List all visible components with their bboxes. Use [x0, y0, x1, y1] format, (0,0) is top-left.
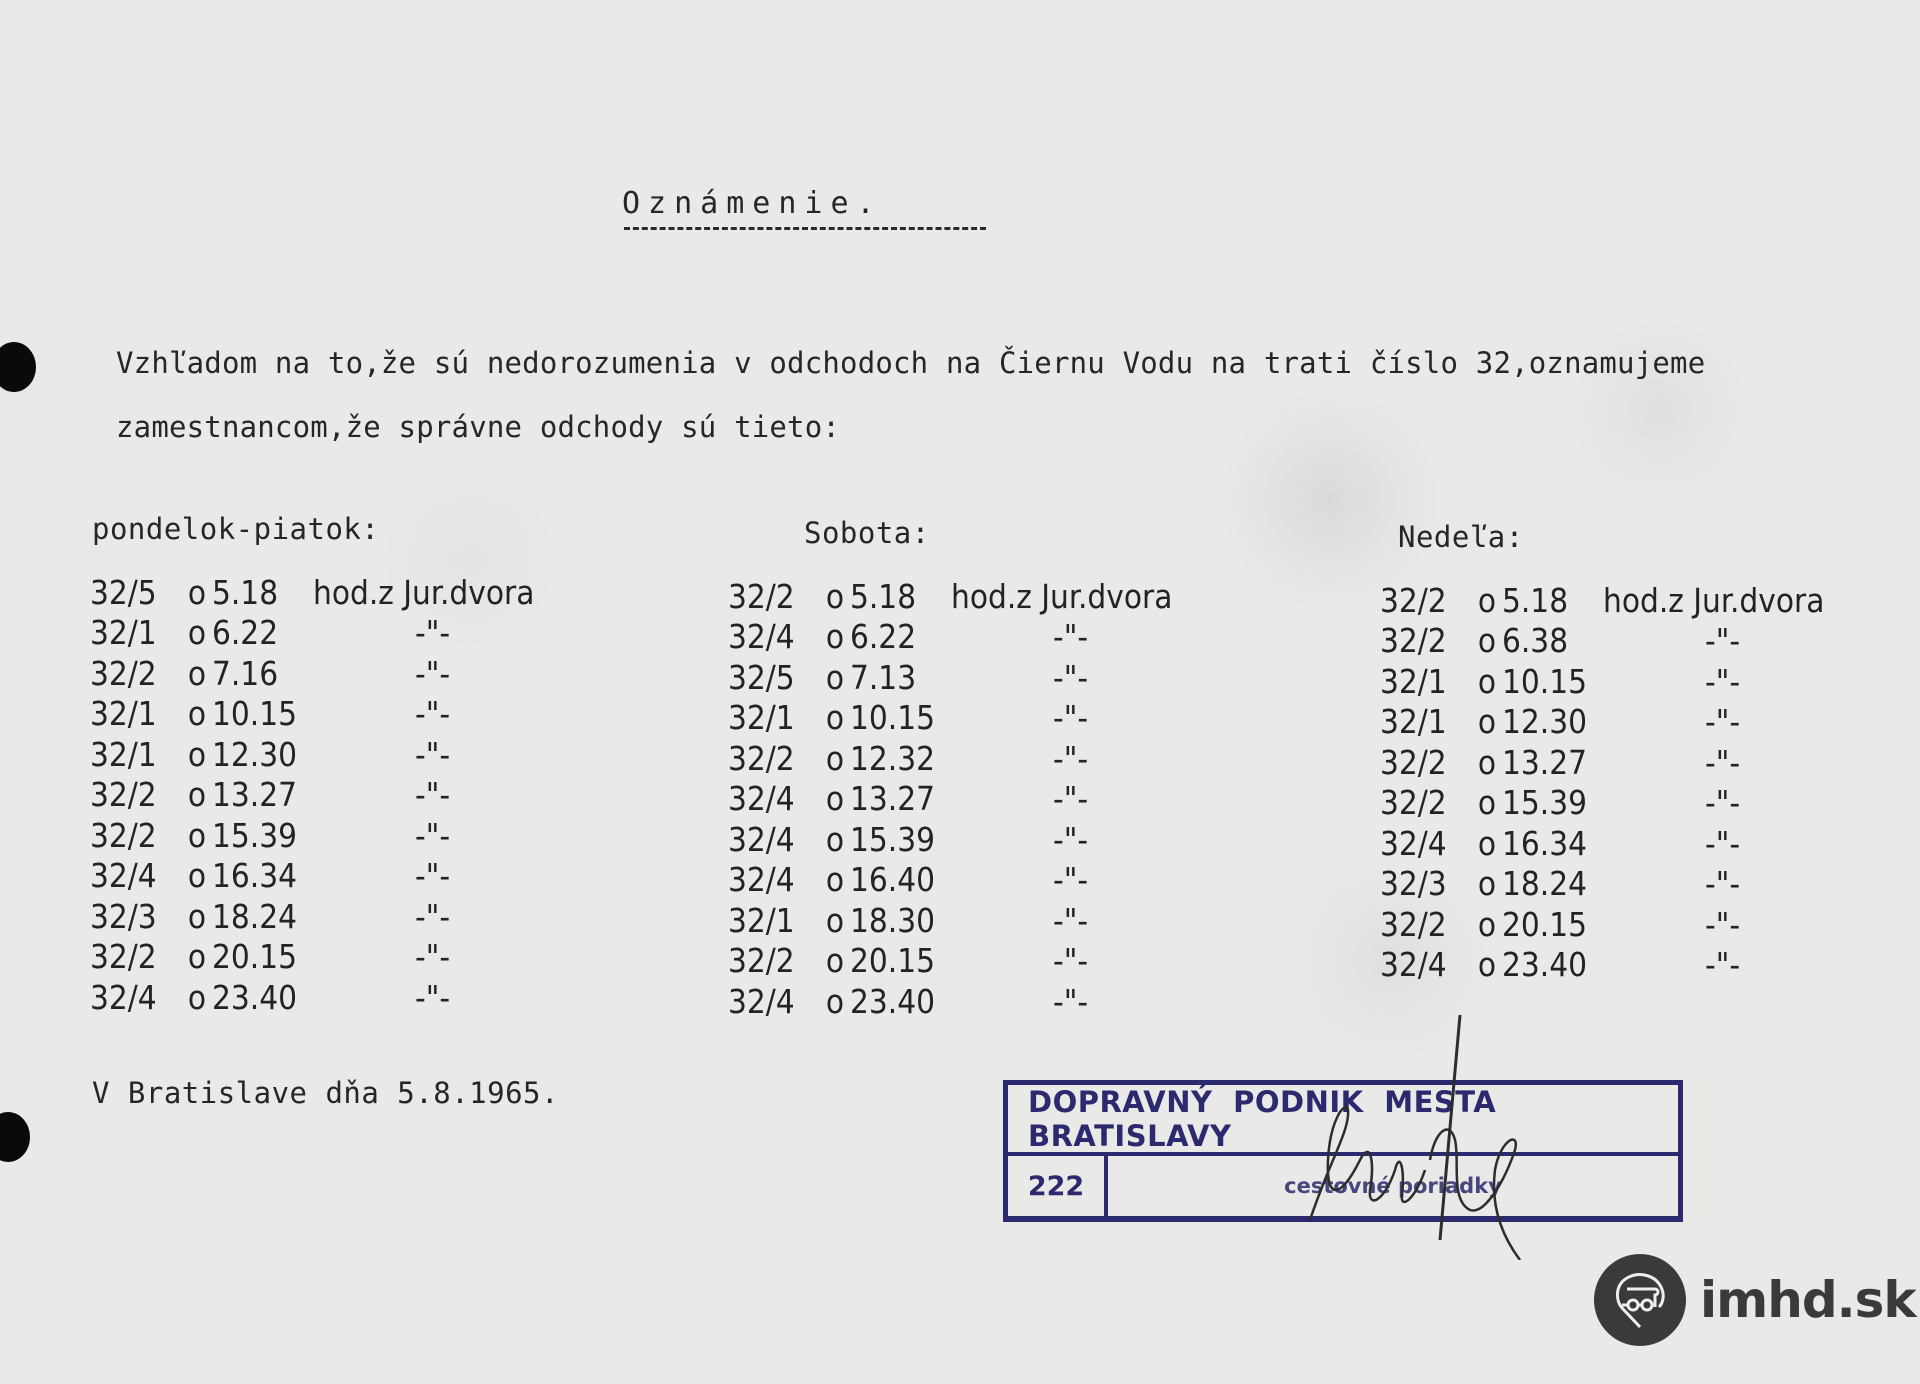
ditto-mark: -"-: [945, 617, 1088, 656]
origin-stop: hod.z Jur.dvora: [945, 577, 1172, 616]
separator-o: o: [1472, 905, 1502, 944]
separator-o: o: [820, 658, 850, 697]
separator-o: o: [820, 941, 850, 980]
route-number: 32/4: [728, 820, 820, 859]
schedule-row: 32/3o18.24-"-: [1380, 864, 1824, 905]
ditto-mark: -"-: [945, 779, 1088, 818]
separator-o: o: [820, 698, 850, 737]
departure-time: 18.24: [1502, 864, 1597, 903]
departure-time: 20.15: [212, 937, 307, 976]
schedule-row: 32/2o20.15-"-: [728, 941, 1172, 982]
separator-o: o: [820, 779, 850, 818]
schedule-row: 32/5o5.18hod.z Jur.dvora: [90, 572, 534, 613]
intro-paragraph-line-1: Vzhľadom na to,že sú nedorozumenia v odc…: [116, 346, 1705, 380]
departure-time: 10.15: [212, 694, 307, 733]
separator-o: o: [1472, 783, 1502, 822]
route-number: 32/5: [728, 658, 820, 697]
route-number: 32/5: [90, 573, 182, 612]
schedule-row: 32/2o20.15-"-: [90, 937, 534, 978]
departure-time: 16.40: [850, 860, 945, 899]
separator-o: o: [1472, 824, 1502, 863]
route-number: 32/2: [728, 577, 820, 616]
ditto-mark: -"-: [307, 897, 450, 936]
imhd-logo: imhd.sk: [1594, 1254, 1916, 1346]
ditto-mark: -"-: [1597, 783, 1740, 822]
departure-time: 5.18: [850, 577, 945, 616]
departure-time: 12.32: [850, 739, 945, 778]
schedule-row: 32/4o23.40-"-: [90, 977, 534, 1018]
ditto-mark: -"-: [1597, 702, 1740, 741]
map-pin-bus-icon: [1594, 1254, 1686, 1346]
separator-o: o: [1472, 945, 1502, 984]
schedule-row: 32/4o16.34-"-: [1380, 823, 1824, 864]
route-number: 32/2: [728, 739, 820, 778]
ditto-mark: -"-: [1597, 621, 1740, 660]
route-number: 32/1: [90, 735, 182, 774]
schedule-row: 32/2o5.18hod.z Jur.dvora: [728, 576, 1172, 617]
route-number: 32/4: [1380, 824, 1472, 863]
departure-time: 10.15: [850, 698, 945, 737]
schedule-row: 32/4o15.39-"-: [728, 819, 1172, 860]
schedule-sunday: 32/2o5.18hod.z Jur.dvora32/2o6.38-"-32/1…: [1380, 580, 1824, 985]
departure-time: 6.22: [850, 617, 945, 656]
ditto-mark: -"-: [307, 613, 450, 652]
separator-o: o: [182, 775, 212, 814]
schedule-row: 32/1o10.15-"-: [90, 694, 534, 735]
schedule-row: 32/5o7.13-"-: [728, 657, 1172, 698]
departure-time: 23.40: [212, 978, 307, 1017]
ditto-mark: -"-: [307, 978, 450, 1017]
ditto-mark: -"-: [945, 698, 1088, 737]
departure-time: 15.39: [212, 816, 307, 855]
departure-time: 5.18: [1502, 581, 1597, 620]
departure-time: 16.34: [1502, 824, 1597, 863]
schedule-row: 32/4o16.40-"-: [728, 860, 1172, 901]
schedule-row: 32/1o12.30-"-: [1380, 702, 1824, 743]
separator-o: o: [182, 735, 212, 774]
separator-o: o: [820, 739, 850, 778]
ditto-mark: -"-: [1597, 662, 1740, 701]
separator-o: o: [1472, 621, 1502, 660]
route-number: 32/2: [1380, 621, 1472, 660]
route-number: 32/1: [728, 901, 820, 940]
schedule-row: 32/3o18.24-"-: [90, 896, 534, 937]
departure-time: 5.18: [212, 573, 307, 612]
schedule-weekdays: 32/5o5.18hod.z Jur.dvora32/1o6.22-"-32/2…: [90, 572, 534, 1018]
ditto-mark: -"-: [307, 654, 450, 693]
separator-o: o: [820, 860, 850, 899]
separator-o: o: [182, 654, 212, 693]
ditto-mark: -"-: [307, 775, 450, 814]
heading-sunday: Nedeľa:: [1398, 520, 1524, 554]
origin-stop: hod.z Jur.dvora: [1597, 581, 1824, 620]
ditto-mark: -"-: [945, 658, 1088, 697]
route-number: 32/3: [1380, 864, 1472, 903]
departure-time: 13.27: [1502, 743, 1597, 782]
schedule-row: 32/4o23.40-"-: [728, 981, 1172, 1022]
departure-time: 23.40: [850, 982, 945, 1021]
departure-time: 6.38: [1502, 621, 1597, 660]
separator-o: o: [820, 982, 850, 1021]
schedule-row: 32/2o13.27-"-: [90, 775, 534, 816]
route-number: 32/2: [90, 816, 182, 855]
schedule-row: 32/1o10.15-"-: [728, 698, 1172, 739]
separator-o: o: [820, 577, 850, 616]
separator-o: o: [1472, 702, 1502, 741]
schedule-saturday: 32/2o5.18hod.z Jur.dvora32/4o6.22-"-32/5…: [728, 576, 1172, 1022]
separator-o: o: [820, 820, 850, 859]
separator-o: o: [182, 978, 212, 1017]
title-underline: [624, 227, 986, 230]
departure-time: 10.15: [1502, 662, 1597, 701]
separator-o: o: [182, 897, 212, 936]
schedule-row: 32/2o12.32-"-: [728, 738, 1172, 779]
ditto-mark: -"-: [945, 941, 1088, 980]
separator-o: o: [182, 856, 212, 895]
route-number: 32/4: [728, 779, 820, 818]
separator-o: o: [1472, 662, 1502, 701]
route-number: 32/2: [1380, 783, 1472, 822]
schedule-row: 32/1o10.15-"-: [1380, 661, 1824, 702]
schedule-row: 32/2o20.15-"-: [1380, 904, 1824, 945]
ditto-mark: -"-: [945, 982, 1088, 1021]
route-number: 32/4: [90, 856, 182, 895]
route-number: 32/1: [1380, 702, 1472, 741]
departure-time: 18.30: [850, 901, 945, 940]
schedule-row: 32/1o6.22-"-: [90, 613, 534, 654]
handwritten-signature: [1290, 1010, 1590, 1260]
ditto-mark: -"-: [945, 860, 1088, 899]
departure-time: 12.30: [212, 735, 307, 774]
imhd-logo-text: imhd.sk: [1700, 1271, 1916, 1329]
separator-o: o: [820, 617, 850, 656]
schedule-row: 32/2o6.38-"-: [1380, 621, 1824, 662]
document-title: Oznámenie.: [622, 186, 883, 221]
separator-o: o: [1472, 864, 1502, 903]
route-number: 32/4: [728, 982, 820, 1021]
ditto-mark: -"-: [1597, 824, 1740, 863]
schedule-row: 32/2o15.39-"-: [1380, 783, 1824, 824]
route-number: 32/1: [90, 613, 182, 652]
heading-weekdays: pondelok-piatok:: [92, 512, 379, 546]
stamp-number: 222: [1008, 1156, 1108, 1216]
departure-time: 18.24: [212, 897, 307, 936]
route-number: 32/3: [90, 897, 182, 936]
departure-time: 7.16: [212, 654, 307, 693]
route-number: 32/1: [728, 698, 820, 737]
punch-hole-bottom: [0, 1112, 30, 1162]
route-number: 32/2: [728, 941, 820, 980]
departure-time: 23.40: [1502, 945, 1597, 984]
schedule-row: 32/2o7.16-"-: [90, 653, 534, 694]
separator-o: o: [1472, 743, 1502, 782]
departure-time: 20.15: [1502, 905, 1597, 944]
schedule-row: 32/1o12.30-"-: [90, 734, 534, 775]
separator-o: o: [182, 573, 212, 612]
ditto-mark: -"-: [1597, 864, 1740, 903]
ditto-mark: -"-: [1597, 743, 1740, 782]
route-number: 32/2: [1380, 581, 1472, 620]
schedule-row: 32/4o23.40-"-: [1380, 945, 1824, 986]
ditto-mark: -"-: [307, 735, 450, 774]
departure-time: 13.27: [850, 779, 945, 818]
ditto-mark: -"-: [945, 901, 1088, 940]
punch-hole-top: [0, 342, 36, 392]
schedule-row: 32/2o5.18hod.z Jur.dvora: [1380, 580, 1824, 621]
separator-o: o: [182, 613, 212, 652]
departure-time: 20.15: [850, 941, 945, 980]
intro-paragraph-line-2: zamestnancom,že správne odchody sú tieto…: [116, 410, 840, 444]
separator-o: o: [182, 694, 212, 733]
schedule-row: 32/4o16.34-"-: [90, 856, 534, 897]
separator-o: o: [182, 937, 212, 976]
route-number: 32/2: [90, 775, 182, 814]
heading-saturday: Sobota:: [804, 516, 930, 550]
departure-time: 15.39: [850, 820, 945, 859]
schedule-row: 32/4o13.27-"-: [728, 779, 1172, 820]
route-number: 32/2: [1380, 905, 1472, 944]
ditto-mark: -"-: [1597, 905, 1740, 944]
separator-o: o: [182, 816, 212, 855]
route-number: 32/2: [90, 654, 182, 693]
route-number: 32/4: [90, 978, 182, 1017]
schedule-row: 32/4o6.22-"-: [728, 617, 1172, 658]
separator-o: o: [820, 901, 850, 940]
route-number: 32/4: [1380, 945, 1472, 984]
ditto-mark: -"-: [307, 694, 450, 733]
route-number: 32/1: [90, 694, 182, 733]
route-number: 32/2: [1380, 743, 1472, 782]
departure-time: 16.34: [212, 856, 307, 895]
schedule-row: 32/1o18.30-"-: [728, 900, 1172, 941]
schedule-row: 32/2o13.27-"-: [1380, 742, 1824, 783]
ditto-mark: -"-: [307, 937, 450, 976]
route-number: 32/2: [90, 937, 182, 976]
departure-time: 6.22: [212, 613, 307, 652]
separator-o: o: [1472, 581, 1502, 620]
departure-time: 12.30: [1502, 702, 1597, 741]
route-number: 32/4: [728, 860, 820, 899]
ditto-mark: -"-: [945, 820, 1088, 859]
date-line: V Bratislave dňa 5.8.1965.: [92, 1076, 559, 1110]
ditto-mark: -"-: [945, 739, 1088, 778]
schedule-row: 32/2o15.39-"-: [90, 815, 534, 856]
departure-time: 15.39: [1502, 783, 1597, 822]
departure-time: 13.27: [212, 775, 307, 814]
ditto-mark: -"-: [1597, 945, 1740, 984]
route-number: 32/4: [728, 617, 820, 656]
departure-time: 7.13: [850, 658, 945, 697]
ditto-mark: -"-: [307, 816, 450, 855]
route-number: 32/1: [1380, 662, 1472, 701]
ditto-mark: -"-: [307, 856, 450, 895]
origin-stop: hod.z Jur.dvora: [307, 573, 534, 612]
